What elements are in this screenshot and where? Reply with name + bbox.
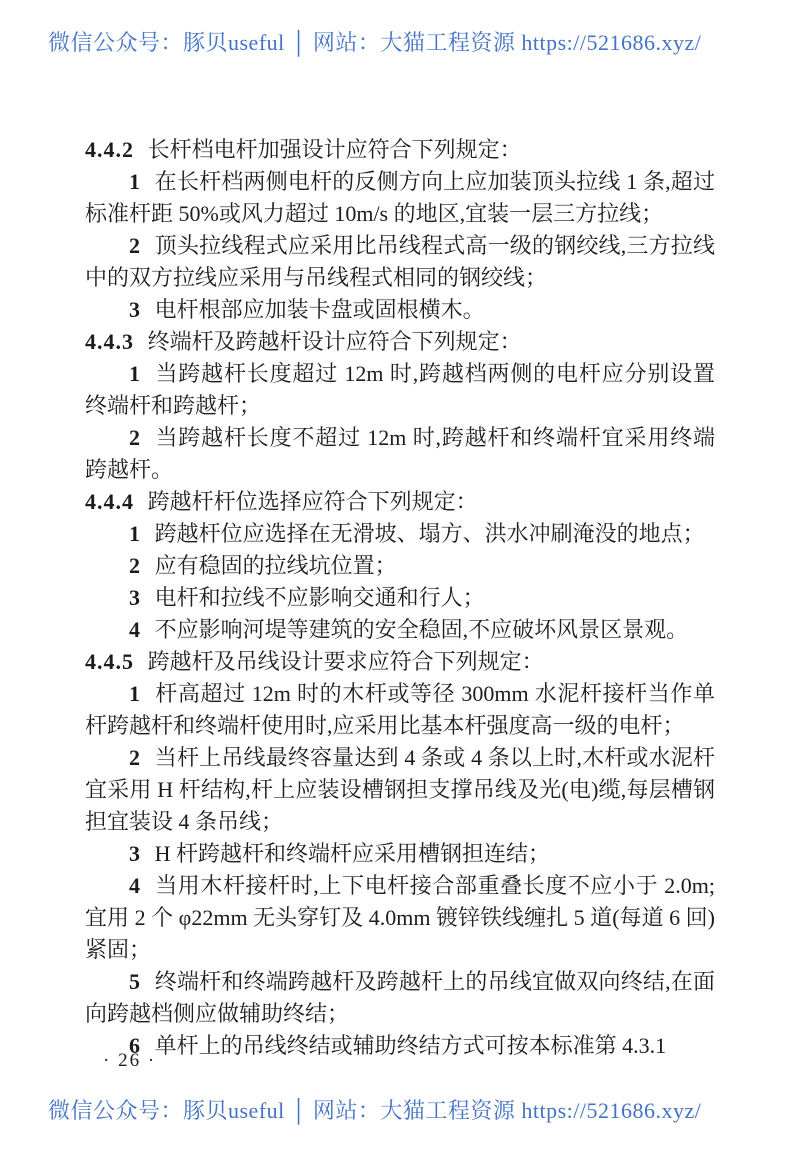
clause-text: 电杆根部应加装卡盘或固根横木。 (155, 297, 485, 322)
clause-item: 1跨越杆位应选择在无滑坡、塌方、洪水冲刷淹没的地点； (85, 518, 715, 550)
clause-number: 4.4.2 (85, 137, 134, 162)
clause-item: 1杆高超过 12m 时的木杆或等径 300mm 水泥杆接杆当作单杆跨越杆和终端杆… (85, 678, 715, 742)
clause-number: 5 (129, 969, 141, 994)
clause-item: 2应有稳固的拉线坑位置； (85, 550, 715, 582)
clause-item: 5终端杆和终端跨越杆及跨越杆上的吊线宜做双向终结,在面向跨越档侧应做辅助终结； (85, 966, 715, 1030)
clause-text: 当跨越杆长度超过 12m 时,跨越档两侧的电杆应分别设置终端杆和跨越杆； (85, 361, 715, 418)
clause-text: 当杆上吊线最终容量达到 4 条或 4 条以上时,木杆或水泥杆宜采用 H 杆结构,… (85, 745, 715, 834)
clause-item: 6单杆上的吊线终结或辅助终结方式可按本标准第 4.3.1 (85, 1030, 715, 1062)
clause-text: 不应影响河堤等建筑的安全稳固,不应破坏风景区景观。 (155, 617, 689, 642)
clause-number: 2 (129, 553, 141, 578)
clause-number: 2 (129, 745, 141, 770)
clause-item: 1当跨越杆长度超过 12m 时,跨越档两侧的电杆应分别设置终端杆和跨越杆； (85, 358, 715, 422)
clause-text: 终端杆及跨越杆设计应符合下列规定： (148, 329, 522, 354)
clause-number: 3 (129, 585, 141, 610)
clause-text: 跨越杆及吊线设计要求应符合下列规定： (148, 649, 544, 674)
clause-item: 3电杆和拉线不应影响交通和行人； (85, 582, 715, 614)
page-number: · 26 · (103, 1050, 156, 1072)
section-heading: 4.4.4跨越杆杆位选择应符合下列规定： (85, 486, 715, 518)
section-heading: 4.4.2长杆档电杆加强设计应符合下列规定： (85, 134, 715, 166)
clause-item: 2当杆上吊线最终容量达到 4 条或 4 条以上时,木杆或水泥杆宜采用 H 杆结构… (85, 742, 715, 838)
clause-text: 顶头拉线程式应采用比吊线程式高一级的钢绞线,三方拉线中的双方拉线应采用与吊线程式… (85, 233, 715, 290)
clause-text: 终端杆和终端跨越杆及跨越杆上的吊线宜做双向终结,在面向跨越档侧应做辅助终结； (85, 969, 715, 1026)
document-body: 4.4.2长杆档电杆加强设计应符合下列规定：1在长杆档两侧电杆的反侧方向上应加装… (85, 134, 715, 1062)
clause-item: 1在长杆档两侧电杆的反侧方向上应加装顶头拉线 1 条,超过标准杆距 50%或风力… (85, 166, 715, 230)
clause-text: 应有稳固的拉线坑位置； (155, 553, 397, 578)
clause-item: 2当跨越杆长度不超过 12m 时,跨越杆和终端杆宜采用终端跨越杆。 (85, 422, 715, 486)
watermark-banner-bottom: 微信公众号：豚贝useful │ 网站：大猫工程资源 https://52168… (48, 1094, 778, 1125)
clause-number: 1 (129, 361, 141, 386)
clause-number: 4.4.5 (85, 649, 134, 674)
clause-number: 1 (129, 521, 141, 546)
scanned-document-page: 微信公众号：豚贝useful │ 网站：大猫工程资源 https://52168… (0, 0, 800, 1162)
clause-number: 4.4.4 (85, 489, 134, 514)
clause-item: 4不应影响河堤等建筑的安全稳固,不应破坏风景区景观。 (85, 614, 715, 646)
clause-text: 电杆和拉线不应影响交通和行人； (155, 585, 485, 610)
clause-number: 2 (129, 233, 141, 258)
clause-text: 跨越杆杆位选择应符合下列规定： (148, 489, 478, 514)
clause-number: 4 (129, 873, 141, 898)
clause-text: 单杆上的吊线终结或辅助终结方式可按本标准第 4.3.1 (155, 1033, 667, 1058)
clause-number: 4 (129, 617, 141, 642)
section-heading: 4.4.5跨越杆及吊线设计要求应符合下列规定： (85, 646, 715, 678)
clause-number: 1 (129, 681, 141, 706)
clause-number: 2 (129, 425, 141, 450)
clause-number: 4.4.3 (85, 329, 134, 354)
clause-text: 在长杆档两侧电杆的反侧方向上应加装顶头拉线 1 条,超过标准杆距 50%或风力超… (85, 169, 715, 226)
clause-item: 4当用木杆接杆时,上下电杆接合部重叠长度不应小于 2.0m;宜用 2 个 φ22… (85, 870, 715, 966)
clause-item: 2顶头拉线程式应采用比吊线程式高一级的钢绞线,三方拉线中的双方拉线应采用与吊线程… (85, 230, 715, 294)
clause-text: 长杆档电杆加强设计应符合下列规定： (148, 137, 522, 162)
clause-text: 当跨越杆长度不超过 12m 时,跨越杆和终端杆宜采用终端跨越杆。 (85, 425, 715, 482)
clause-item: 3电杆根部应加装卡盘或固根横木。 (85, 294, 715, 326)
clause-item: 3H 杆跨越杆和终端杆应采用槽钢担连结； (85, 838, 715, 870)
clause-text: 杆高超过 12m 时的木杆或等径 300mm 水泥杆接杆当作单杆跨越杆和终端杆使… (85, 681, 715, 738)
watermark-banner-top: 微信公众号：豚贝useful │ 网站：大猫工程资源 https://52168… (48, 26, 778, 57)
clause-text: 当用木杆接杆时,上下电杆接合部重叠长度不应小于 2.0m;宜用 2 个 φ22m… (85, 873, 715, 962)
clause-number: 3 (129, 297, 141, 322)
clause-number: 1 (129, 169, 141, 194)
clause-text: 跨越杆位应选择在无滑坡、塌方、洪水冲刷淹没的地点； (155, 521, 705, 546)
clause-number: 3 (129, 841, 141, 866)
clause-text: H 杆跨越杆和终端杆应采用槽钢担连结； (155, 841, 550, 866)
section-heading: 4.4.3终端杆及跨越杆设计应符合下列规定： (85, 326, 715, 358)
